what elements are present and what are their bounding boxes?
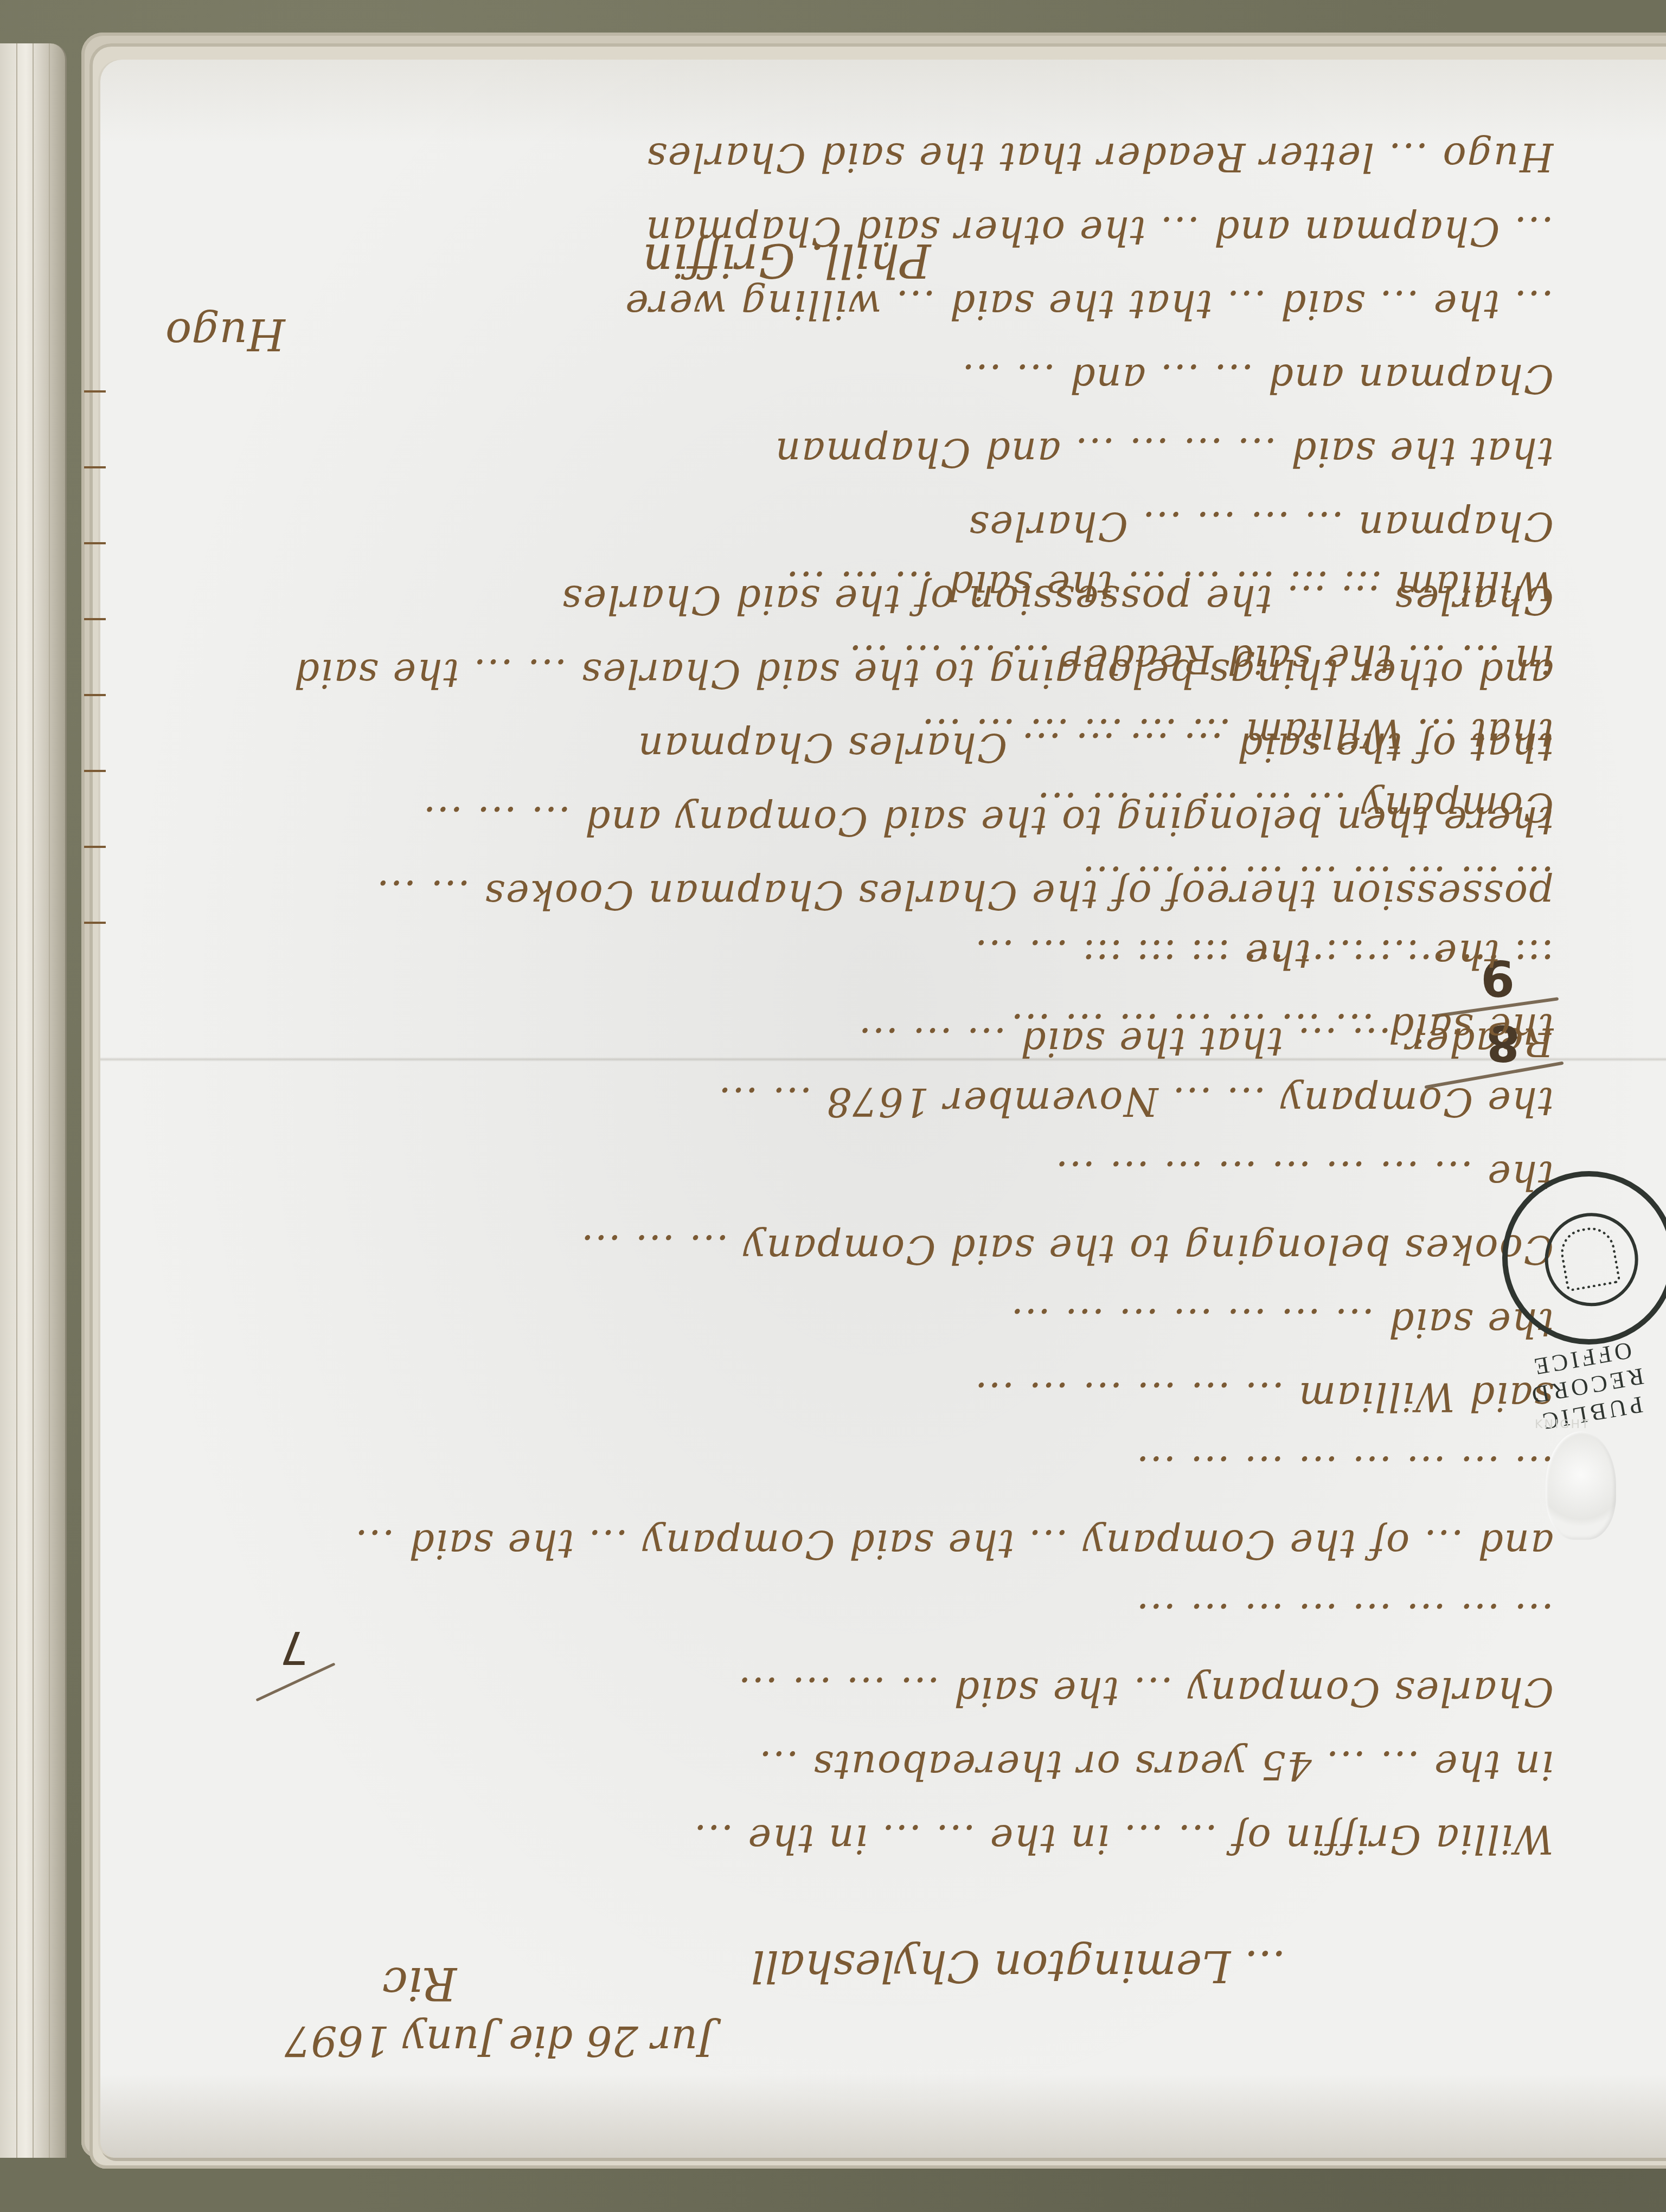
adjacent-bundle-edge <box>0 43 67 2158</box>
text-line: ... ... ... ... ... ... ... ... ... <box>165 844 1554 917</box>
margin-dash <box>84 466 106 468</box>
text-line: ... Chapman and ... the other said Chapm… <box>165 194 1554 268</box>
text-line: that the said ... ... ... ... and Chapma… <box>165 415 1554 489</box>
text-line: said William ... ... ... ... ... ... <box>165 1360 1554 1433</box>
text-line: Company ... ... ... ... ... ... <box>165 770 1554 844</box>
text-line: ... ... ... ... ... ... ... ... <box>165 1581 1554 1655</box>
margin-dash <box>84 390 106 393</box>
text-line: William ... ... ... ... ... the said ...… <box>165 549 1554 622</box>
signature-deponent: ... Lemington Chyleshall <box>751 1941 1286 1991</box>
text-line: Willia Griffin of ... ... in the ... ...… <box>165 1802 1554 1876</box>
jurat-date: Jur 26 die Juny 1697 <box>285 2017 714 2065</box>
text-line: and ... of the Company ... the said Comp… <box>165 1507 1554 1581</box>
text-line: the said ... ... ... ... ... ... ... <box>165 1286 1554 1360</box>
text-line: the Company ... ... November 1678 ... ..… <box>165 1065 1554 1139</box>
text-line: that ... William ... ... ... ... ... ... <box>165 696 1554 770</box>
margin-dash <box>84 922 106 924</box>
margin-dash <box>84 542 106 544</box>
paper-edge <box>49 43 50 2158</box>
text-line: the said ... ... ... ... ... ... ... <box>165 991 1554 1065</box>
embossed-rose-seal-icon <box>1546 1431 1616 1540</box>
signature-clerk: Ric <box>382 1957 457 2010</box>
text-line: ... ... ... ... ... ... ... ... <box>165 1433 1554 1507</box>
text-line: the ... ... ... ... ... ... ... ... <box>165 1139 1554 1212</box>
text-line: in the ... ... 45 years or thereabouts .… <box>165 1728 1554 1802</box>
text-line: ... the ... ... the ... ... ... ... ... <box>165 917 1554 991</box>
emboss-text: KNIGHT <box>1535 1418 1590 1431</box>
text-block-lower: Willia Griffin of ... ... in the ... ...… <box>165 1106 1554 1876</box>
margin-dash <box>84 846 106 848</box>
text-line: Chapman and ... ... and ... ... <box>165 342 1554 415</box>
text-line: Hugo ... letter Reader that the said Cha… <box>165 120 1554 194</box>
text-line: in ... ... the said Reader ... ... ... .… <box>165 622 1554 696</box>
margin-dash <box>84 770 106 772</box>
paper-edge <box>33 43 34 2158</box>
margin-item-number: 7 <box>279 1621 308 1674</box>
margin-dash <box>84 694 106 696</box>
text-line: Cookes belonging to the said Company ...… <box>165 1212 1554 1286</box>
paper-edge <box>16 43 17 2158</box>
manuscript-page: Phill. Griffin Hugo Reader ... ... that … <box>100 60 1666 2158</box>
margin-dash <box>84 618 106 620</box>
text-line: ... the ... said ... that the said ... w… <box>165 268 1554 342</box>
text-line: Charles Company ... the said ... ... ...… <box>165 1655 1554 1728</box>
